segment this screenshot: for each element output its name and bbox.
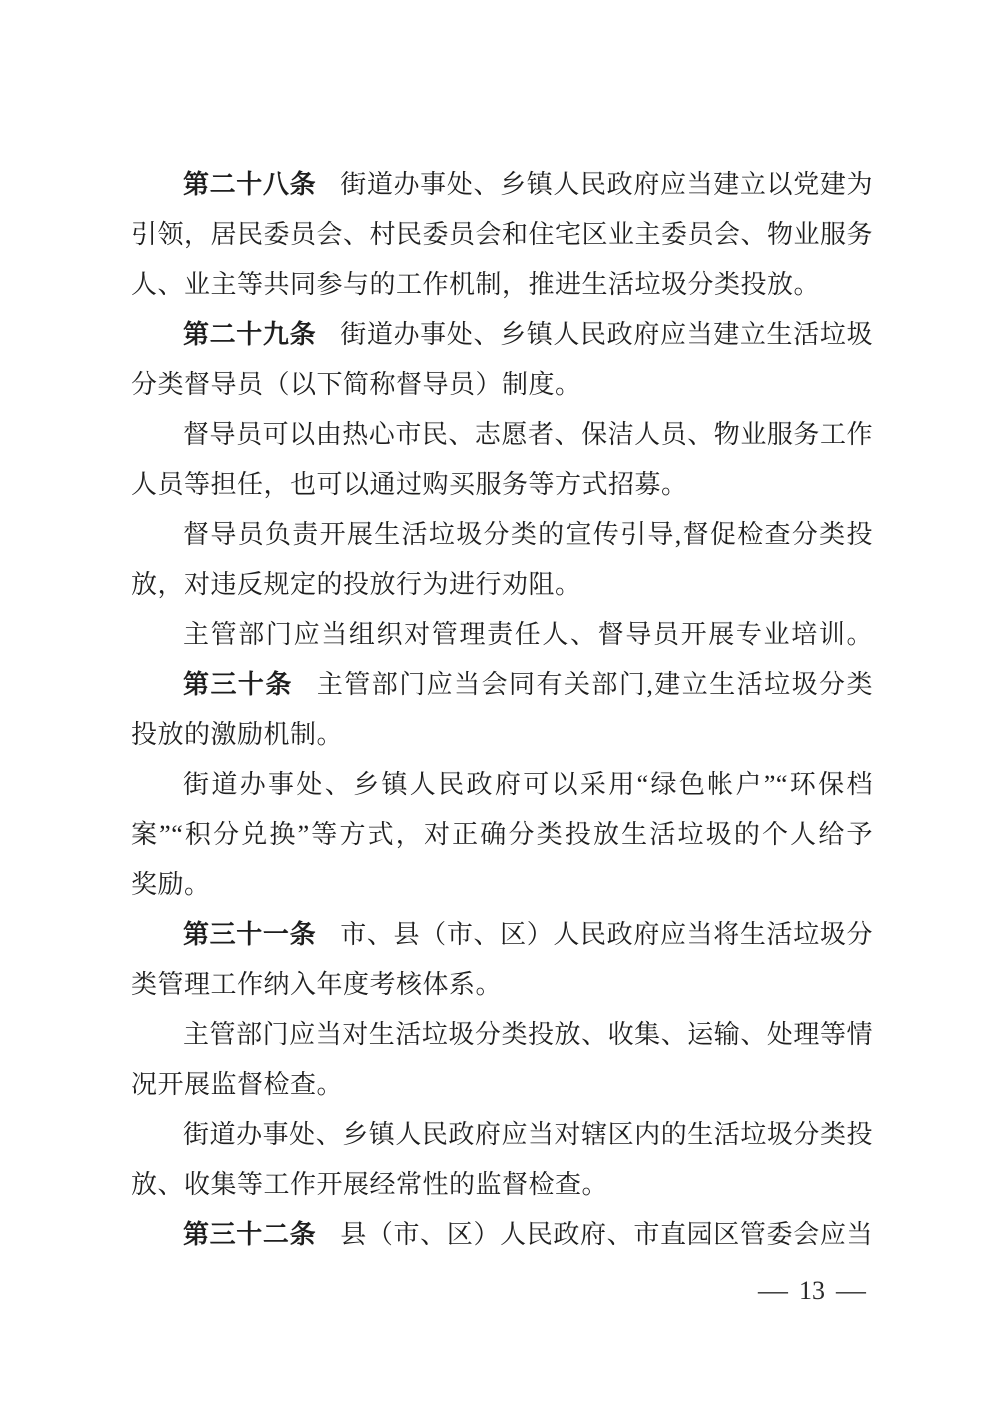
line-text: 案”“积分兑换”等方式，对正确分类投放生活垃圾的个人给予	[131, 820, 873, 849]
footer-dash-left: —	[758, 1276, 788, 1306]
text-line: 投放的激励机制。	[131, 710, 873, 760]
article-number: 第二十八条	[183, 170, 316, 199]
line-text: 街道办事处、乡镇人民政府应当建立以党建为	[340, 170, 873, 199]
text-line: 放，对违反规定的投放行为进行劝阻。	[131, 560, 873, 610]
line-text: 况开展监督检查。	[131, 1070, 343, 1099]
line-text: 人员等担任，也可以通过购买服务等方式招募。	[131, 470, 688, 499]
line-text: 街道办事处、乡镇人民政府应当对辖区内的生活垃圾分类投	[183, 1120, 873, 1149]
line-text: 投放的激励机制。	[131, 720, 343, 749]
text-line: 人、业主等共同参与的工作机制，推进生活垃圾分类投放。	[131, 260, 873, 310]
text-line: 案”“积分兑换”等方式，对正确分类投放生活垃圾的个人给予	[131, 810, 873, 860]
article-number: 第三十二条	[183, 1220, 316, 1249]
line-text: 引领，居民委员会、村民委员会和住宅区业主委员会、物业服务	[131, 220, 873, 249]
text-line: 督导员负责开展生活垃圾分类的宣传引导,督促检查分类投	[131, 510, 873, 560]
line-text: 街道办事处、乡镇人民政府可以采用“绿色帐户”“环保档	[183, 770, 873, 799]
text-line: 主管部门应当对生活垃圾分类投放、收集、运输、处理等情	[131, 1010, 873, 1060]
article-number: 第三十条	[183, 670, 293, 699]
text-line: 第三十二条县（市、区）人民政府、市直园区管委会应当	[131, 1210, 873, 1260]
page-number: 13	[799, 1276, 825, 1306]
line-text: 县（市、区）人民政府、市直园区管委会应当	[340, 1220, 873, 1249]
line-text: 奖励。	[131, 870, 211, 899]
text-line: 街道办事处、乡镇人民政府应当对辖区内的生活垃圾分类投	[131, 1110, 873, 1160]
line-text: 放，对违反规定的投放行为进行劝阻。	[131, 570, 582, 599]
text-line: 第三十条主管部门应当会同有关部门,建立生活垃圾分类	[131, 660, 873, 710]
line-text: 市、县（市、区）人民政府应当将生活垃圾分	[340, 920, 873, 949]
text-line: 类管理工作纳入年度考核体系。	[131, 960, 873, 1010]
line-text: 街道办事处、乡镇人民政府应当建立生活垃圾	[340, 320, 873, 349]
text-line: 主管部门应当组织对管理责任人、督导员开展专业培训。	[131, 610, 873, 660]
line-text: 人、业主等共同参与的工作机制，推进生活垃圾分类投放。	[131, 270, 820, 299]
line-text: 督导员负责开展生活垃圾分类的宣传引导,督促检查分类投	[183, 520, 873, 549]
text-line: 街道办事处、乡镇人民政府可以采用“绿色帐户”“环保档	[131, 760, 873, 810]
text-line: 引领，居民委员会、村民委员会和住宅区业主委员会、物业服务	[131, 210, 873, 260]
line-text: 放、收集等工作开展经常性的监督检查。	[131, 1170, 608, 1199]
page-footer: — 13 —	[760, 1276, 864, 1306]
line-text: 类管理工作纳入年度考核体系。	[131, 970, 502, 999]
footer-dash-right: —	[836, 1276, 866, 1306]
text-line: 奖励。	[131, 860, 873, 910]
text-line: 人员等担任，也可以通过购买服务等方式招募。	[131, 460, 873, 510]
document-body: 第二十八条街道办事处、乡镇人民政府应当建立以党建为 引领，居民委员会、村民委员会…	[131, 160, 873, 1260]
text-line: 分类督导员（以下简称督导员）制度。	[131, 360, 873, 410]
line-text: 分类督导员（以下简称督导员）制度。	[131, 370, 582, 399]
text-line: 第二十八条街道办事处、乡镇人民政府应当建立以党建为	[131, 160, 873, 210]
text-line: 第二十九条街道办事处、乡镇人民政府应当建立生活垃圾	[131, 310, 873, 360]
line-text: 督导员可以由热心市民、志愿者、保洁人员、物业服务工作	[183, 420, 873, 449]
article-number: 第二十九条	[183, 320, 316, 349]
line-text: 主管部门应当会同有关部门,建立生活垃圾分类	[317, 670, 873, 699]
text-line: 况开展监督检查。	[131, 1060, 873, 1110]
line-text: 主管部门应当对生活垃圾分类投放、收集、运输、处理等情	[183, 1020, 873, 1049]
text-line: 第三十一条市、县（市、区）人民政府应当将生活垃圾分	[131, 910, 873, 960]
text-line: 督导员可以由热心市民、志愿者、保洁人员、物业服务工作	[131, 410, 873, 460]
line-text: 主管部门应当组织对管理责任人、督导员开展专业培训。	[183, 620, 873, 649]
document-page: 第二十八条街道办事处、乡镇人民政府应当建立以党建为 引领，居民委员会、村民委员会…	[0, 0, 992, 1403]
article-number: 第三十一条	[183, 920, 316, 949]
text-line: 放、收集等工作开展经常性的监督检查。	[131, 1160, 873, 1210]
